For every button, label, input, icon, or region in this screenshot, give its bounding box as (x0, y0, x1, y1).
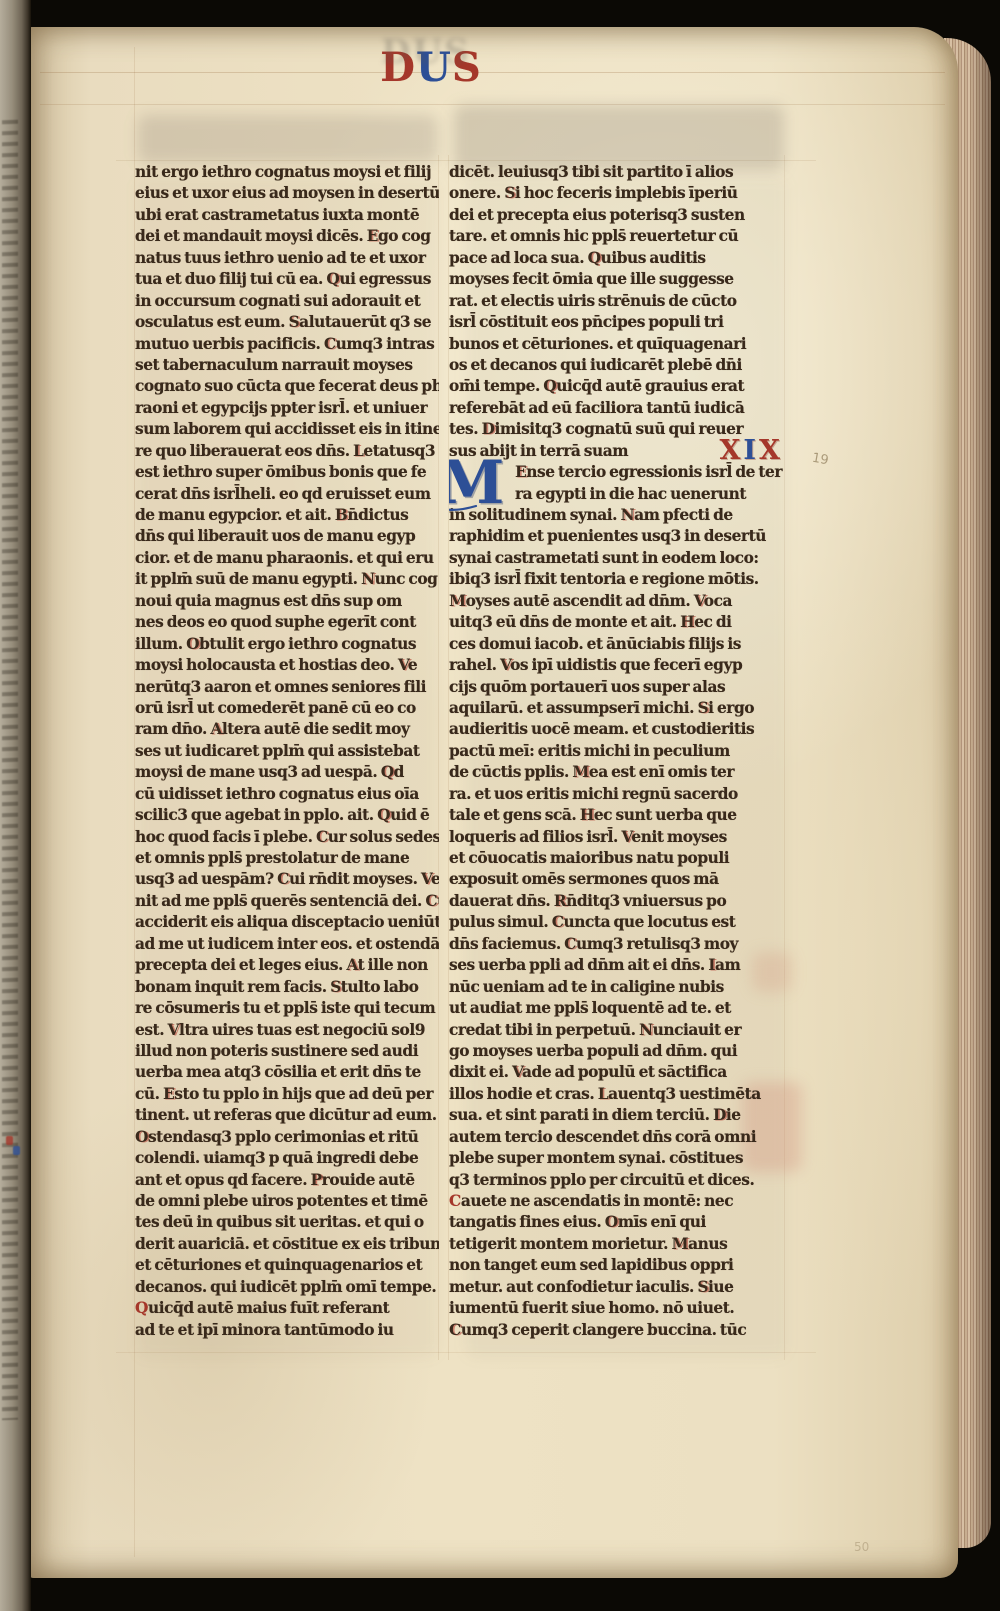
text-line: rahel. Vos ipī uidistis que fecerī egyp (449, 655, 785, 676)
text-segment: de manu egypcior. et ait. (135, 506, 335, 524)
text-segment: mutuo uerbis pacificis. (135, 335, 324, 353)
text-segment: A (346, 956, 357, 974)
text-segment: bunos et cēturiones. et quīquagenari (449, 335, 746, 353)
text-segment: V (621, 828, 631, 846)
text-line: dei et mandauit moysi dicēs. Ego cog (135, 226, 439, 247)
text-line: nes deos eo quod suphe egerīt cont (135, 612, 439, 633)
text-segment: uicq̄d autē grauius erat (556, 377, 744, 395)
text-segment: C (316, 828, 328, 846)
text-segment: noui quia magnus est dn̄s sup om (135, 592, 402, 610)
text-segment: dn̄s faciemus. (449, 935, 564, 953)
text-line: cognato suo cūcta que fecerat deus pha (135, 376, 439, 397)
text-segment: stendasq3 pplo cerimonias et ritū (148, 1128, 418, 1146)
text-segment: N (620, 506, 634, 524)
text-segment: non tanget eum sed lapidibus oppri (449, 1256, 733, 1274)
text-segment: iue (708, 1278, 733, 1296)
text-segment: ec di (694, 613, 731, 631)
text-segment: oyses autē ascendit ad dn̄m. (466, 592, 694, 610)
text-segment: cijs quōm portauerī uos super alas (449, 678, 725, 696)
text-segment: tua et duo filij tui cū ea. (135, 270, 326, 288)
text-line: aquilarū. et assumpserī michi. Si ergo (449, 698, 785, 719)
text-segment: alutauerūt q3 se (299, 313, 431, 331)
text-segment: ltra uires tuas est negociū sol9 (179, 1021, 425, 1039)
running-title: DUS DUS (135, 48, 727, 88)
text-segment: ūq3 (437, 892, 439, 910)
text-line: Cauete ne ascendatis in montē: nec (449, 1191, 785, 1212)
text-segment: ant et opus qd facere. (135, 1171, 311, 1189)
text-line: nūc ueniam ad te in caligine nubis (449, 977, 785, 998)
text-segment: uitq3 eū dn̄s de monte et ait. (449, 613, 680, 631)
text-line: go moyses uerba populi ad dn̄m. qui (449, 1041, 785, 1062)
text-segment: colendi. uiamq3 p quā ingredi debe (135, 1149, 418, 1167)
text-segment: et omnis ppls̄ prestolatur de mane (135, 849, 409, 867)
text-line: it pplm̄ suū de manu egypti. Nunc cog (135, 569, 439, 590)
text-line: set tabernaculum narrauit moyses (135, 355, 439, 376)
text-segment: E (163, 1085, 174, 1103)
text-segment: uicq̄d autē maius fuīt referant (148, 1299, 389, 1317)
text-line: tinent. ut referas que dicūtur ad eum. (135, 1105, 439, 1126)
text-segment: illud non poteris sustinere sed audi (135, 1042, 418, 1060)
text-line: ram dn̄o. Altera autē die sedit moy (135, 719, 439, 740)
text-segment: rahel. (449, 656, 500, 674)
text-segment: et cēturiones et quinquagenarios et (135, 1256, 422, 1274)
text-line: precepta dei et leges eius. At ille non (135, 955, 439, 976)
text-segment: dauerat dn̄s. (449, 892, 554, 910)
text-line: pace ad loca sua. Quibus auditis (449, 248, 785, 269)
text-line: cerat dn̄s isrl̄heli. eo qd eruisset eum (135, 484, 439, 505)
text-line: orū isrl̄ ut comederēt panē cū eo co (135, 698, 439, 719)
text-line: et cōuocatis maioribus natu populi (449, 848, 785, 869)
text-segment: uncta que locutus est (564, 913, 736, 931)
text-segment: cerat dn̄s isrl̄heli. eo qd eruisset eum (135, 485, 431, 503)
text-line: bunos et cēturiones. et quīquagenari (449, 334, 785, 355)
text-segment: exposuit omēs sermones quos mā (449, 870, 719, 888)
text-segment: ltera autē die sedit moy (222, 720, 410, 738)
text-segment: ad te et ipī minora tantūmodo iu (135, 1321, 394, 1339)
text-segment: ibiq3 isrl̄ fixit tentoria e regione mōt… (449, 570, 759, 588)
text-segment: auete ne ascendatis in montē: nec (461, 1192, 733, 1210)
text-segment: C (425, 892, 437, 910)
text-segment: am pfecti de (634, 506, 733, 524)
text-line: cijs quōm portauerī uos super alas (449, 677, 785, 698)
text-segment: ses ut iudicaret pplm̄ qui assistebat (135, 742, 420, 760)
text-segment: S (697, 1278, 708, 1296)
text-column-right: XIX M dicēt. leuiusq3 tibi sit partito ī… (449, 162, 785, 1348)
text-line: non tanget eum sed lapidibus oppri (449, 1255, 785, 1276)
text-segment: moysi de mane usq3 ad uespā. (135, 763, 381, 781)
text-line: ses ut iudicaret pplm̄ qui assistebat (135, 741, 439, 762)
text-segment: osculatus est eum. (135, 313, 289, 331)
text-line: re quo liberauerat eos dn̄s. Letatusq3 (135, 441, 439, 462)
text-segment: de cūctis pplis. (449, 763, 572, 781)
text-segment: V (168, 1021, 180, 1039)
text-segment: oca (704, 592, 732, 610)
text-segment: C (564, 935, 576, 953)
text-segment: O (135, 1128, 148, 1146)
text-segment: aquilarū. et assumpserī michi. (449, 699, 697, 717)
text-segment: M (449, 592, 466, 610)
text-line: om̄i tempe. Quicq̄d autē grauius erat (449, 376, 785, 397)
text-segment: ade ad populū et sāctifica (522, 1063, 727, 1081)
text-line: scilic3 que agebat in pplo. ait. Quid ē (135, 805, 439, 826)
text-line: illos hodie et cras. Lauentq3 uestimēta (449, 1084, 785, 1105)
text-segment: referebāt ad eū faciliora tantū iudicā (449, 399, 744, 417)
text-segment: i hoc feceris implebis īperiū (515, 184, 738, 202)
text-segment: etatusq3 (363, 442, 435, 460)
text-segment: i ergo (708, 699, 754, 717)
text-segment: umq3 retulisq3 moy (576, 935, 738, 953)
text-segment: go moyses uerba populi ad dn̄m. qui (449, 1042, 737, 1060)
text-segment: ram dn̄o. (135, 720, 210, 738)
text-segment: tes. (449, 420, 482, 438)
text-line: Cumq3 ceperit clangere buccina. tūc (449, 1320, 785, 1341)
facing-page-text-edge (2, 120, 18, 1421)
text-line: cior. et de manu pharaonis. et qui eru (135, 548, 439, 569)
text-segment: tinent. ut referas que dicūtur ad eum. (135, 1106, 437, 1124)
bottom-folio-annotation: 50 (854, 1540, 869, 1554)
text-segment: hoc quod facis ī plebe. (135, 828, 316, 846)
text-line: audieritis uocē meam. et custodieritis (449, 719, 785, 740)
text-segment: om̄i tempe. (449, 377, 543, 395)
text-line: usq3 ad uespām? Cui rn̄dit moyses. Ve (135, 869, 439, 890)
facing-page-red-initial (6, 1136, 13, 1145)
text-segment: enit moyses (631, 828, 726, 846)
text-segment: umq3 intras (336, 335, 435, 353)
text-line: acciderit eis aliqua disceptacio ueniūt (135, 912, 439, 933)
text-line: iumentū fuerit siue homo. nō uiuet. (449, 1298, 785, 1319)
text-segment: N (639, 1021, 653, 1039)
text-line: osculatus est eum. Salutauerūt q3 se (135, 312, 439, 333)
text-segment: plebe super montem synai. cōstitues (449, 1149, 743, 1167)
text-segment: S (697, 699, 708, 717)
text-line: rat. et electis uiris strēnuis de cūcto (449, 291, 785, 312)
text-line: ad me ut iudicem inter eos. et ostendā (135, 934, 439, 955)
text-segment: set tabernaculum narrauit moyses (135, 356, 413, 374)
text-segment: ur solus sedes (328, 828, 439, 846)
text-segment: Q (377, 806, 390, 824)
text-segment: E (515, 463, 526, 481)
text-segment: bonam inquit rem facis. (135, 978, 330, 996)
text-segment: H (580, 806, 594, 824)
text-line: de omni plebe uiros potentes et timē (135, 1191, 439, 1212)
text-segment: et cōuocatis maioribus natu populi (449, 849, 729, 867)
text-segment: tangatis fines eius. (449, 1213, 605, 1231)
text-line: sum laborem qui accidisset eis in itine (135, 419, 439, 440)
text-segment: ubi erat castrametatus iuxta montē (135, 206, 419, 224)
text-line: onere. Si hoc feceris implebis īperiū (449, 183, 785, 204)
text-line: illum. Obtulit ergo iethro cognatus (135, 634, 439, 655)
text-line: raphidim et puenientes usq3 in desertū (449, 526, 785, 547)
text-segment: q3 terminos pplo per circuitū et dices. (449, 1171, 754, 1189)
text-segment: D (482, 420, 495, 438)
text-line: est iethro super ōmibus bonis que fe (135, 462, 439, 483)
text-segment: t ille non (358, 956, 428, 974)
initial-flourish-icon (449, 504, 492, 534)
text-segment: re quo liberauerat eos dn̄s. (135, 442, 353, 460)
text-segment: I (708, 956, 715, 974)
text-line: dn̄s faciemus. Cumq3 retulisq3 moy (449, 934, 785, 955)
text-line: uitq3 eū dn̄s de monte et ait. Hec di (449, 612, 785, 633)
text-segment: acciderit eis aliqua disceptacio ueniūt (135, 913, 439, 931)
text-line: nit ergo iethro cognatus moysi et filij (135, 162, 439, 183)
text-segment: mīs enī qui (618, 1213, 706, 1231)
text-line: Quicq̄d autē maius fuīt referant (135, 1298, 439, 1319)
text-segment: E (367, 227, 378, 245)
text-segment: am (715, 956, 740, 974)
text-segment: V (398, 656, 408, 674)
chapter-number: XIX (719, 437, 783, 464)
text-segment: synai castrametati sunt in eodem loco: (449, 549, 759, 567)
text-segment: D (713, 1106, 726, 1124)
text-segment: ad me ut iudicem inter eos. et ostendā (135, 935, 439, 953)
text-line: metur. aut confodietur iaculis. Siue (449, 1277, 785, 1298)
chapter-number-letter: I (743, 435, 759, 466)
text-line: ubi erat castrametatus iuxta montē (135, 205, 439, 226)
text-segment: H (680, 613, 694, 631)
text-line: tetigerit montem morietur. Manus (449, 1234, 785, 1255)
text-line: mutuo uerbis pacificis. Cumq3 intras (135, 334, 439, 355)
text-segment: credat tibi in perpetuū. (449, 1021, 639, 1039)
text-line: exposuit omēs sermones quos mā (449, 869, 785, 890)
text-line: illud non poteris sustinere sed audi (135, 1041, 439, 1062)
text-segment: B (335, 506, 348, 524)
text-segment: in occursum cognati sui adorauit et (135, 292, 420, 310)
text-line: noui quia magnus est dn̄s sup om (135, 591, 439, 612)
text-segment: decanos. qui iudicēt pplm̄ omī tempe. (135, 1278, 436, 1296)
text-segment: Q (381, 763, 394, 781)
text-line: dixit ei. Vade ad populū et sāctifica (449, 1062, 785, 1083)
text-line: re cōsumeris tu et ppls̄ iste qui tecum (135, 998, 439, 1019)
text-segment: tale et gens scā. (449, 806, 580, 824)
text-segment: Q (135, 1299, 148, 1317)
text-segment: tes deū in quibus sit ueritas. et qui o (135, 1213, 424, 1231)
text-segment: loqueris ad filios isrl̄. (449, 828, 621, 846)
text-line: tangatis fines eius. Omīs enī qui (449, 1212, 785, 1233)
text-segment: Q (588, 249, 601, 267)
text-segment: ea est enī omis ter (589, 763, 734, 781)
text-segment: autem tercio descendet dn̄s corā omni (449, 1128, 756, 1146)
text-line: nit ad me ppls̄ querēs sentenciā dei. Cū… (135, 891, 439, 912)
chapter-initial: M (449, 458, 504, 508)
text-line: moysi holocausta et hostias deo. Ve (135, 655, 439, 676)
text-segment: metur. aut confodietur iaculis. (449, 1278, 697, 1296)
text-line: autem tercio descendet dn̄s corā omni (449, 1127, 785, 1148)
text-segment: natus tuus iethro uenio ad te et uxor (135, 249, 426, 267)
margin-folio-annotation: 19 (811, 451, 830, 469)
text-line: ces domui iacob. et ānūciabis filijs is (449, 634, 785, 655)
text-segment: cū. (135, 1085, 163, 1103)
text-line: ibiq3 isrl̄ fixit tentoria e regione mōt… (449, 569, 785, 590)
text-line: decanos. qui iudicēt pplm̄ omī tempe. (135, 1277, 439, 1298)
text-line: tale et gens scā. Hec sunt uerba que (449, 805, 785, 826)
text-line: hoc quod facis ī plebe. Cur solus sedes (135, 827, 439, 848)
text-line: tes deū in quibus sit ueritas. et qui o (135, 1212, 439, 1233)
text-segment: anus (688, 1235, 727, 1253)
text-segment: V (694, 592, 704, 610)
text-segment: A (210, 720, 222, 738)
text-line: tare. et omnis hic ppls̄ reuertetur cū (449, 226, 785, 247)
text-line: colendi. uiamq3 p quā ingredi debe (135, 1148, 439, 1169)
text-segment: tare. et omnis hic ppls̄ reuertetur cū (449, 227, 738, 245)
chapter-number-letter: X (719, 435, 743, 466)
text-segment: ces domui iacob. et ānūciabis filijs is (449, 635, 741, 653)
text-line: tua et duo filij tui cū ea. Qui egressus (135, 269, 439, 290)
text-segment: uid ē (390, 806, 429, 824)
text-line: pactū meī: eritis michi in peculium (449, 741, 785, 762)
text-segment: dixit ei. (449, 1063, 512, 1081)
text-segment: ec sunt uerba que (594, 806, 737, 824)
text-segment: dei et precepta eius poterisq3 susten (449, 206, 745, 224)
text-segment: ut audiat me ppls̄ loquentē ad te. et (449, 999, 731, 1017)
text-segment: go cog (378, 227, 431, 245)
text-segment: C (324, 335, 336, 353)
show-through-title-ghost: DUS (381, 32, 471, 72)
text-line: est. Vltra uires tuas est negociū sol9 (135, 1020, 439, 1041)
text-line: loqueris ad filios isrl̄. Venit moyses (449, 827, 785, 848)
text-segment: d (394, 763, 404, 781)
text-segment: usq3 ad uespām? (135, 870, 277, 888)
text-line: Ostendasq3 pplo cerimonias et ritū (135, 1127, 439, 1148)
text-line: q3 terminos pplo per circuitū et dices. (449, 1170, 785, 1191)
text-segment: unciauit er (653, 1021, 742, 1039)
text-line: os et decanos qui iudicarēt plebē dn̄i (449, 355, 785, 376)
text-line: moysi de mane usq3 ad uespā. Qd (135, 762, 439, 783)
text-segment: est. (135, 1021, 168, 1039)
text-segment: rouide autē (322, 1171, 415, 1189)
text-line: et cēturiones et quinquagenarios et (135, 1255, 439, 1276)
text-line: Moyses autē ascendit ad dn̄m. Voca (449, 591, 785, 612)
text-line: dicēt. leuiusq3 tibi sit partito ī alios (449, 162, 785, 183)
text-segment: nūc ueniam ad te in caligine nubis (449, 978, 724, 996)
text-line: derit auariciā. et cōstitue ex eis tribu… (135, 1234, 439, 1255)
text-segment: auentq3 uestimēta (608, 1085, 761, 1103)
text-line: cū uidisset iethro cognatus eius oīa (135, 784, 439, 805)
text-segment: moysi holocausta et hostias deo. (135, 656, 398, 674)
text-segment: os et decanos qui iudicarēt plebē dn̄i (449, 356, 742, 374)
text-segment: precepta dei et leges eius. (135, 956, 346, 974)
text-segment: C (449, 1321, 461, 1339)
text-segment: nerūtq3 aaron et omnes seniores fili (135, 678, 426, 696)
text-line: natus tuus iethro uenio ad te et uxor (135, 248, 439, 269)
text-segment: os ipī uidistis que fecerī egyp (510, 656, 742, 674)
text-segment: C (277, 870, 289, 888)
show-through-smudge (138, 115, 438, 163)
text-line: plebe super montem synai. cōstitues (449, 1148, 785, 1169)
text-line: isrl̄ cōstituit eos pn̄cipes populi tri (449, 312, 785, 333)
text-segment: V (512, 1063, 522, 1081)
text-segment: M (671, 1235, 688, 1253)
text-column-left: nit ergo iethro cognatus moysi et filije… (135, 162, 439, 1348)
text-line: dn̄s qui liberauit uos de manu egyp (135, 526, 439, 547)
text-segment: ie (726, 1106, 741, 1124)
text-line: credat tibi in perpetuū. Nunciauit er (449, 1020, 785, 1041)
text-segment: L (598, 1085, 608, 1103)
text-segment: illum. (135, 635, 186, 653)
text-line: de manu egypcior. et ait. Bn̄dictus (135, 505, 439, 526)
text-segment: uibus auditis (601, 249, 706, 267)
text-line: et omnis ppls̄ prestolatur de mane (135, 848, 439, 869)
text-segment: n̄ditq3 vniuersus po (566, 892, 726, 910)
text-line: cū. Esto tu pplo in hijs que ad deū per (135, 1084, 439, 1105)
text-segment: R (554, 892, 566, 910)
text-segment: unc cog (375, 570, 438, 588)
chapter-number-letter: X (759, 435, 783, 466)
text-segment: illos hodie et cras. (449, 1085, 598, 1103)
text-segment: rat. et electis uiris strēnuis de cūcto (449, 292, 737, 310)
text-line: eius et uxor eius ad moysen in desertū (135, 183, 439, 204)
text-segment: raoni et egypcijs ppter isrl̄. et uniuer (135, 399, 427, 417)
text-segment: ui rn̄dit moyses. (289, 870, 421, 888)
text-segment: imisitq3 cognatū suū qui reuer (494, 420, 743, 438)
text-segment: C (449, 1192, 461, 1210)
text-segment: scilic3 que agebat in pplo. ait. (135, 806, 377, 824)
book-gutter (0, 0, 31, 1611)
text-segment: dicēt. leuiusq3 tibi sit partito ī alios (449, 163, 733, 181)
text-line: in occursum cognati sui adorauit et (135, 291, 439, 312)
text-line: ad te et ipī minora tantūmodo iu (135, 1320, 439, 1341)
text-line: sua. et sint parati in diem terciū. Die (449, 1105, 785, 1126)
text-segment: derit auariciā. et cōstitue ex eis tribu… (135, 1235, 439, 1253)
text-line: de cūctis pplis. Mea est enī omis ter (449, 762, 785, 783)
text-segment: V (421, 870, 431, 888)
text-segment: cior. et de manu pharaonis. et qui eru (135, 549, 434, 567)
text-segment: sua. et sint parati in diem terciū. (449, 1106, 713, 1124)
text-segment: P (311, 1171, 322, 1189)
text-line: raoni et egypcijs ppter isrl̄. et uniuer (135, 398, 439, 419)
text-line: referebāt ad eū faciliora tantū iudicā (449, 398, 785, 419)
text-segment: raphidim et puenientes usq3 in desertū (449, 527, 766, 545)
text-segment: O (605, 1213, 618, 1231)
text-segment: nit ergo iethro cognatus moysi et filij (135, 163, 431, 181)
text-segment: O (186, 635, 199, 653)
text-segment: ra egypti in die hac uenerunt (515, 485, 746, 503)
text-line: dei et precepta eius poterisq3 susten (449, 205, 785, 226)
text-segment: uerba mea atq3 cōsilia et erit dn̄s te (135, 1063, 421, 1081)
text-segment: N (361, 570, 375, 588)
text-segment: L (353, 442, 363, 460)
text-segment: C (552, 913, 564, 931)
text-segment: sum laborem qui accidisset eis in itine (135, 420, 439, 438)
text-segment: dei et mandauit moysi dicēs. (135, 227, 367, 245)
text-segment: ui egressus (339, 270, 431, 288)
text-segment: orū isrl̄ ut comederēt panē cū eo co (135, 699, 416, 717)
text-segment: eius et uxor eius ad moysen in desertū (135, 184, 439, 202)
text-segment: pactū meī: eritis michi in peculium (449, 742, 730, 760)
text-segment: pulus simul. (449, 913, 552, 931)
text-segment: umq3 ceperit clangere buccina. tūc (461, 1321, 746, 1339)
text-segment: tulto labo (341, 978, 419, 996)
text-line: dauerat dn̄s. Rn̄ditq3 vniuersus po (449, 891, 785, 912)
text-segment: S (330, 978, 341, 996)
text-line: ses uerba ppli ad dn̄m ait ei dn̄s. Iam (449, 955, 785, 976)
text-segment: ra. et uos eritis michi regnū sacerdo (449, 785, 738, 803)
text-segment: M (572, 763, 589, 781)
text-line: synai castrametati sunt in eodem loco: (449, 548, 785, 569)
text-line: moyses fecit ōmia que ille suggesse (449, 269, 785, 290)
text-segment: nes deos eo quod suphe egerīt cont (135, 613, 416, 631)
text-segment: it pplm̄ suū de manu egypti. (135, 570, 361, 588)
text-segment: sto tu pplo in hijs que ad deū per (174, 1085, 433, 1103)
text-segment: moyses fecit ōmia que ille suggesse (449, 270, 734, 288)
text-segment: iumentū fuerit siue homo. nō uiuet. (449, 1299, 734, 1317)
text-segment: est iethro super ōmibus bonis que fe (135, 463, 426, 481)
text-segment: re cōsumeris tu et ppls̄ iste qui tecum (135, 999, 435, 1017)
text-segment: onere. (449, 184, 504, 202)
text-segment: nit ad me ppls̄ querēs sentenciā dei. (135, 892, 425, 910)
text-segment: audieritis uocē meam. et custodieritis (449, 720, 754, 738)
text-segment: Q (326, 270, 339, 288)
text-segment: cū uidisset iethro cognatus eius oīa (135, 785, 419, 803)
